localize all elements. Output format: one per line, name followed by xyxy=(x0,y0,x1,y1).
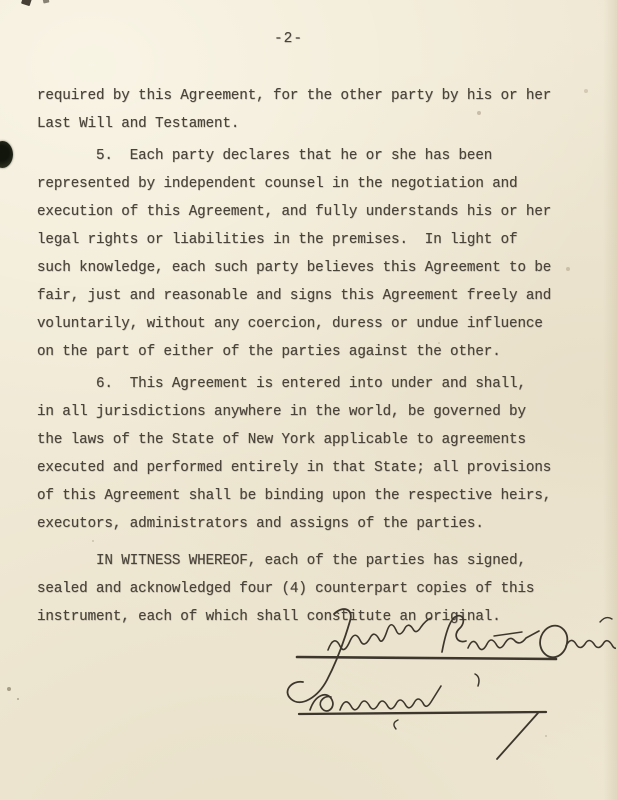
text-line: sealed and acknowledged four (4) counter… xyxy=(37,575,593,603)
text-line: of this Agreement shall be binding upon … xyxy=(37,482,593,510)
text-line: legal rights or liabilities in the premi… xyxy=(37,226,593,254)
text-line: in all jurisdictions anywhere in the wor… xyxy=(37,398,593,426)
punch-hole-mark xyxy=(0,141,13,168)
document-body: required by this Agreement, for the othe… xyxy=(37,82,593,631)
paragraph: 6. This Agreement is entered into under … xyxy=(37,370,593,538)
text-line: such knowledge, each such party believes… xyxy=(37,254,593,282)
text-line: required by this Agreement, for the othe… xyxy=(37,82,593,110)
text-line: executed and performed entirely in that … xyxy=(37,454,593,482)
paper-specks xyxy=(0,0,2,2)
staple-mark xyxy=(43,0,50,4)
text-line: the laws of the State of New York applic… xyxy=(37,426,593,454)
text-line: represented by independent counsel in th… xyxy=(37,170,593,198)
text-line: IN WITNESS WHEREOF, each of the parties … xyxy=(37,547,593,575)
text-line: fair, just and reasonable and signs this… xyxy=(37,282,593,310)
text-line: Last Will and Testament. xyxy=(37,110,593,138)
text-line: 5. Each party declares that he or she ha… xyxy=(37,142,593,170)
text-line: on the part of either of the parties aga… xyxy=(37,338,593,366)
text-line: execution of this Agreement, and fully u… xyxy=(37,198,593,226)
signature-aristotle-onassis xyxy=(278,670,573,770)
text-line: executors, administrators and assigns of… xyxy=(37,510,593,538)
text-line: voluntarily, without any coercion, dures… xyxy=(37,310,593,338)
scanned-document-page: -2- required by this Agreement, for the … xyxy=(0,0,617,800)
paragraph: required by this Agreement, for the othe… xyxy=(37,82,593,138)
staple-mark xyxy=(21,0,32,6)
paragraph: 5. Each party declares that he or she ha… xyxy=(37,142,593,366)
text-line: 6. This Agreement is entered into under … xyxy=(37,370,593,398)
page-number: -2- xyxy=(0,31,617,47)
